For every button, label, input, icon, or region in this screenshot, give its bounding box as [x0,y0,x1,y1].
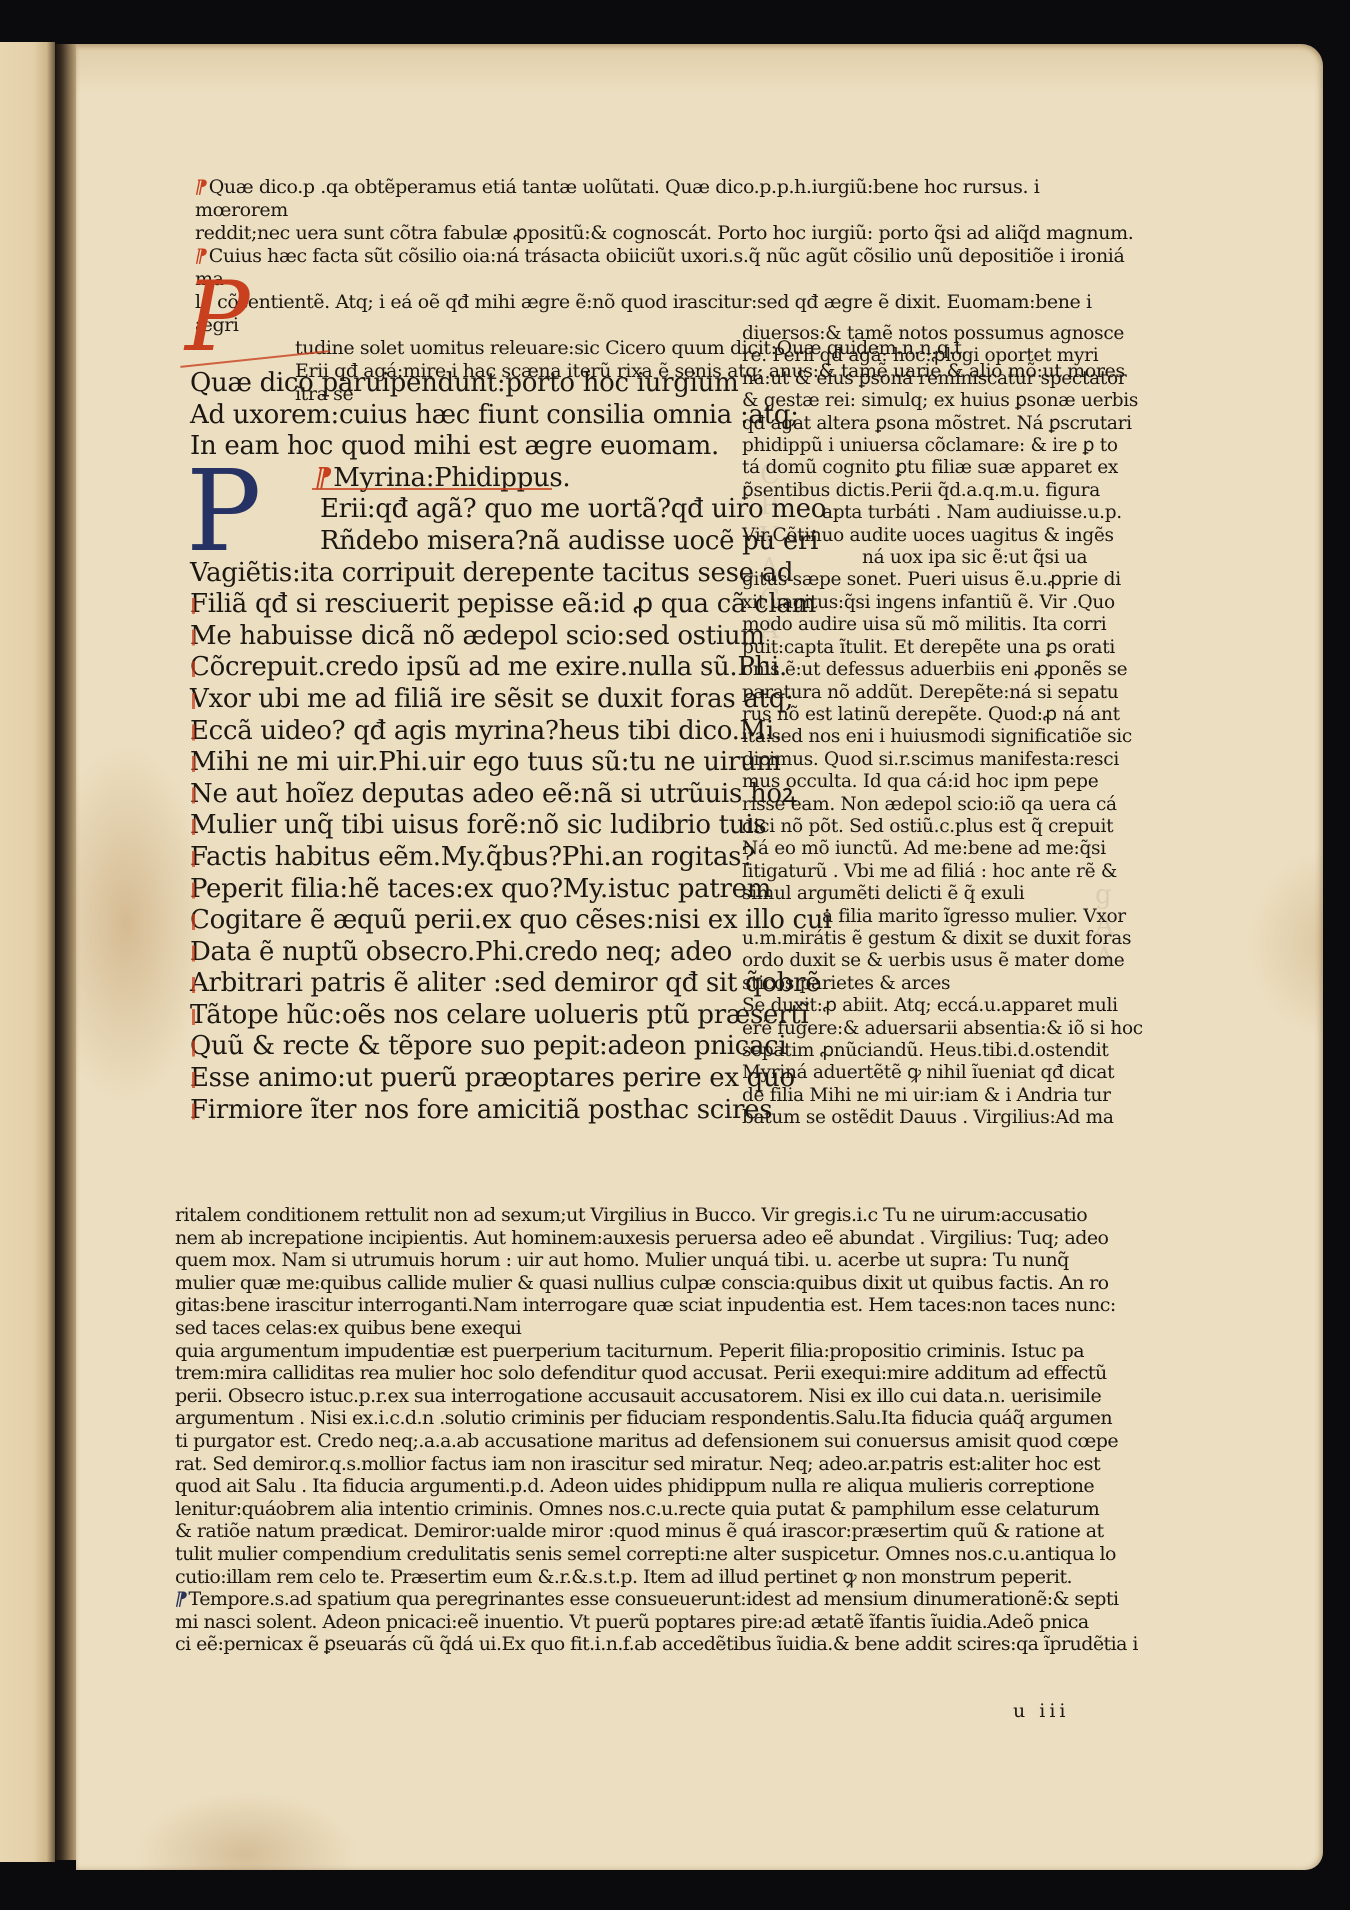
verse-line: Me habuisse dicã nõ ædepol scio:sed osti… [190,621,730,653]
commentary-line: ná:ut & eius ꝑsoná reminiscatur spectato… [742,368,1134,390]
verse-line: Quũ & recte & tẽpore suo pepit:adeon pni… [190,1031,730,1063]
verse-line: Firmiore ĩter nos fore amicitiã posthac … [190,1095,730,1127]
commentary-line: quia argumentum impudentiæ est puerperiu… [175,1340,1135,1363]
commentary-line: sepatim ꝓnũciandũ. Heus.tibi.d.ostendit [742,1040,1134,1062]
commentary-line: tulit mulier compendium credulitatis sen… [175,1543,1135,1566]
verse-line: Ne aut hoĩez deputas adeo eẽ:nã si utrũu… [190,779,730,811]
verse-line: Data ẽ nuptũ obsecro.Phi.credo neq; adeo [190,937,730,969]
commentary-line: lenitur:quáobrem alia intentio criminis.… [175,1498,1135,1521]
commentary-line: ⁋Quæ dico.p .qa obtẽperamus etiá tantæ u… [195,176,1135,222]
commentary-line: tá domũ cognito ꝑtu filiæ suæ apparet ex [742,457,1134,479]
commentary-line: simul argumẽti delicti ẽ q̃ exuli [742,883,1134,905]
commentary-line: ordo duxit se & uerbis usus ẽ mater dome [742,950,1134,972]
verse-line: Ad uxorem:cuius hæc fiunt consilia omnia… [190,400,730,432]
verse-line: Vxor ubi me ad filiã ire sẽsit se duxit … [190,684,730,716]
commentary-line: ritalem conditionem rettulit non ad sexu… [175,1204,1135,1227]
commentary-line: erẽ fugere:& aduersarii absentia:& iõ si… [742,1018,1134,1040]
commentary-line: apta turbáti . Nam audiuisse.u.p. [742,502,1134,524]
verse-line: Mulier unq̃ tibi uisus forẽ:nõ sic ludib… [190,810,730,842]
commentary-line: gitas:bene irascitur interroganti.Nam in… [175,1294,1135,1317]
commentary-line: Myriná aduertẽtẽ ꝙ nihil ĩueniat qđ dica… [742,1062,1134,1084]
commentary-line: gitus sæpe sonet. Pueri uisus ẽ.u.ꝓprie … [742,569,1134,591]
commentary-line: a filia marito ĩgresso mulier. Vxor [742,906,1134,928]
blue-initial-p: P [186,462,296,562]
commentary-line: Se duxit:ꝓ abiit. Atq; eccá.u.apparet mu… [742,995,1134,1017]
commentary-line: u.m.mirátis ẽ gestum & dixit se duxit fo… [742,928,1134,950]
book-gutter [55,44,77,1860]
commentary-line: ci eẽ:pernicax ẽ ꝑseuarás cũ q̃dá ui.Ex … [175,1633,1135,1656]
commentary-line: rat. Sed demiror.q.s.mollior factus iam … [175,1453,1135,1476]
commentary-line: ⁋Tempore.s.ad spatium qua peregrinantes … [175,1588,1135,1611]
verse-line: Filiã qđ si resciuerit pepisse eã:id ꝓ q… [190,589,730,621]
commentary-line: ita:sed nos eni i huiusmodi significatiõ… [742,726,1134,748]
rubricated-initial-p: P [185,272,280,362]
verse-line: Factis habitus eẽm.My.q̃bus?Phi.an rogit… [190,842,730,874]
commentary-line: & gestæ rei: simulq; ex huius ꝑsonæ uerb… [742,390,1134,412]
verse-line: Cõcrepuit.credo ipsũ ad me exire.nulla s… [190,652,730,684]
commentary-line: mus occulta. Id qua cá:id hoc ipm pepe [742,771,1134,793]
commentary-line: cutio:illam rem celo te. Præsertim eum &… [175,1566,1135,1589]
facing-page-edge [0,42,55,1862]
verse-line: Tãtope hũc:oẽs nos celare uolueris ptũ p… [190,1000,730,1032]
commentary-line: de filia Mihi ne mi uir:iam & i Andria t… [742,1085,1134,1107]
right-commentary-column: diuersos:& tamẽ notos possumus agnosce r… [742,323,1134,1130]
commentary-line: mi nasci solent. Adeon pnicaci:eẽ inuent… [175,1611,1135,1634]
verse-line: Vagiẽtis:ita corripuit derepente tacitus… [190,558,730,590]
folio-signature: u iii [1013,1700,1070,1722]
commentary-line: phidippũ i uniuersa cõclamare: & ire ꝑ t… [742,435,1134,457]
verse-line: Cogitare ẽ æquũ perii.ex quo cẽses:nisi … [190,905,730,937]
commentary-line: dici nõ põt. Sed ostiũ.c.plus est q̃ cre… [742,816,1134,838]
commentary-line: reddit;nec uera sunt cõtra fabulæ ꝓposit… [195,222,1135,245]
verse-line: Arbitrari patris ẽ aliter :sed demiror q… [190,968,730,1000]
verse-line: Esse animo:ut puerũ præoptares perire ex… [190,1063,730,1095]
commentary-line: ꝑ̃sentibus dictis.Perii q̃d.a.q.m.u. fig… [742,480,1134,502]
verse-line: Quæ dico paruipendunt:porto hoc iurgium [190,368,730,400]
commentary-line: argumentum . Nisi ex.i.c.d.n .solutio cr… [175,1407,1135,1430]
commentary-line: batum se ostẽdit Dauus . Virgilius:Ad ma [742,1107,1134,1129]
verse-line: In eam hoc quod mihi est ægre euomam. [190,431,730,463]
commentary-line: nem ab increpatione incipientis. Aut hom… [175,1227,1135,1250]
capital-rubrication-strokes [192,598,195,1123]
verse-line: Mihi ne mi uir.Phi.uir ego tuus sũ:tu ne… [190,747,730,779]
commentary-line: diuersos:& tamẽ notos possumus agnosce [742,323,1134,345]
commentary-line: trem:mira calliditas rea mulier hoc solo… [175,1362,1135,1385]
commentary-line: ti purgator est. Credo neq;.a.a.ab accus… [175,1430,1135,1453]
commentary-line: qđ agat altera ꝑsona mõstret. Ná ꝑscruta… [742,413,1134,435]
commentary-line: quem mox. Nam si utrumuis horum : uir au… [175,1249,1135,1272]
commentary-line: modo audire uisa sũ mõ militis. Ita corr… [742,614,1134,636]
commentary-line: litigaturũ . Vbi me ad filiá : hoc ante … [742,861,1134,883]
commentary-line: quod ait Salu . Ita fiducia argumenti.p.… [175,1475,1135,1498]
commentary-line: mulier quæ me:quibus callide mulier & qu… [175,1272,1135,1295]
bottom-commentary: ritalem conditionem rettulit non ad sexu… [175,1204,1135,1656]
commentary-line: xit uagitus:q̃si ingens infantiũ ẽ. Vir … [742,592,1134,614]
commentary-line: & ratiõe natum prædicat. Demiror:ualde m… [175,1520,1135,1543]
commentary-line: risse eam. Non ædepol scio:iõ qa uera cá [742,794,1134,816]
commentary-line: re. Perii qđ agá: hoc:ꝓlogi oportet myri [742,345,1134,367]
verse-line: Eccã uideo? qđ agis myrina?heus tibi dic… [190,716,730,748]
commentary-line: Vir.Cõtinuo audite uoces uagitus & ingẽs [742,525,1134,547]
commentary-line: sed taces celas:ex quibus bene exequi [175,1317,1135,1340]
commentary-line: perii. Obsecro istuc.p.r.ex sua interrog… [175,1385,1135,1408]
verse-line: Peperit filia:hẽ taces:ex quo?My.istuc p… [190,874,730,906]
commentary-line: dicimus. Quod si.r.scimus manifesta:resc… [742,749,1134,771]
commentary-line: onis ẽ:ut defessus aduerbiis eni ꝓponẽs … [742,659,1134,681]
commentary-line: sticos parietes & arces [742,973,1134,995]
commentary-line: rus nõ est latinũ derepẽte. Quod:ꝓ ná an… [742,704,1134,726]
commentary-line: ná uox ipa sic ẽ:ut q̃si ua [742,547,1134,569]
commentary-line: ⁋Cuius hæc facta sũt cõsilio oia:ná trás… [195,245,1135,291]
scene-heading-underline [312,488,552,490]
commentary-line: Ná eo mõ iunctũ. Ad me:bene ad me:q̃si [742,838,1134,860]
commentary-line: paratura nõ addũt. Derepẽte:ná si sepatu [742,682,1134,704]
commentary-line: puit:capta ĩtulit. Et derepẽte una ꝑs or… [742,637,1134,659]
